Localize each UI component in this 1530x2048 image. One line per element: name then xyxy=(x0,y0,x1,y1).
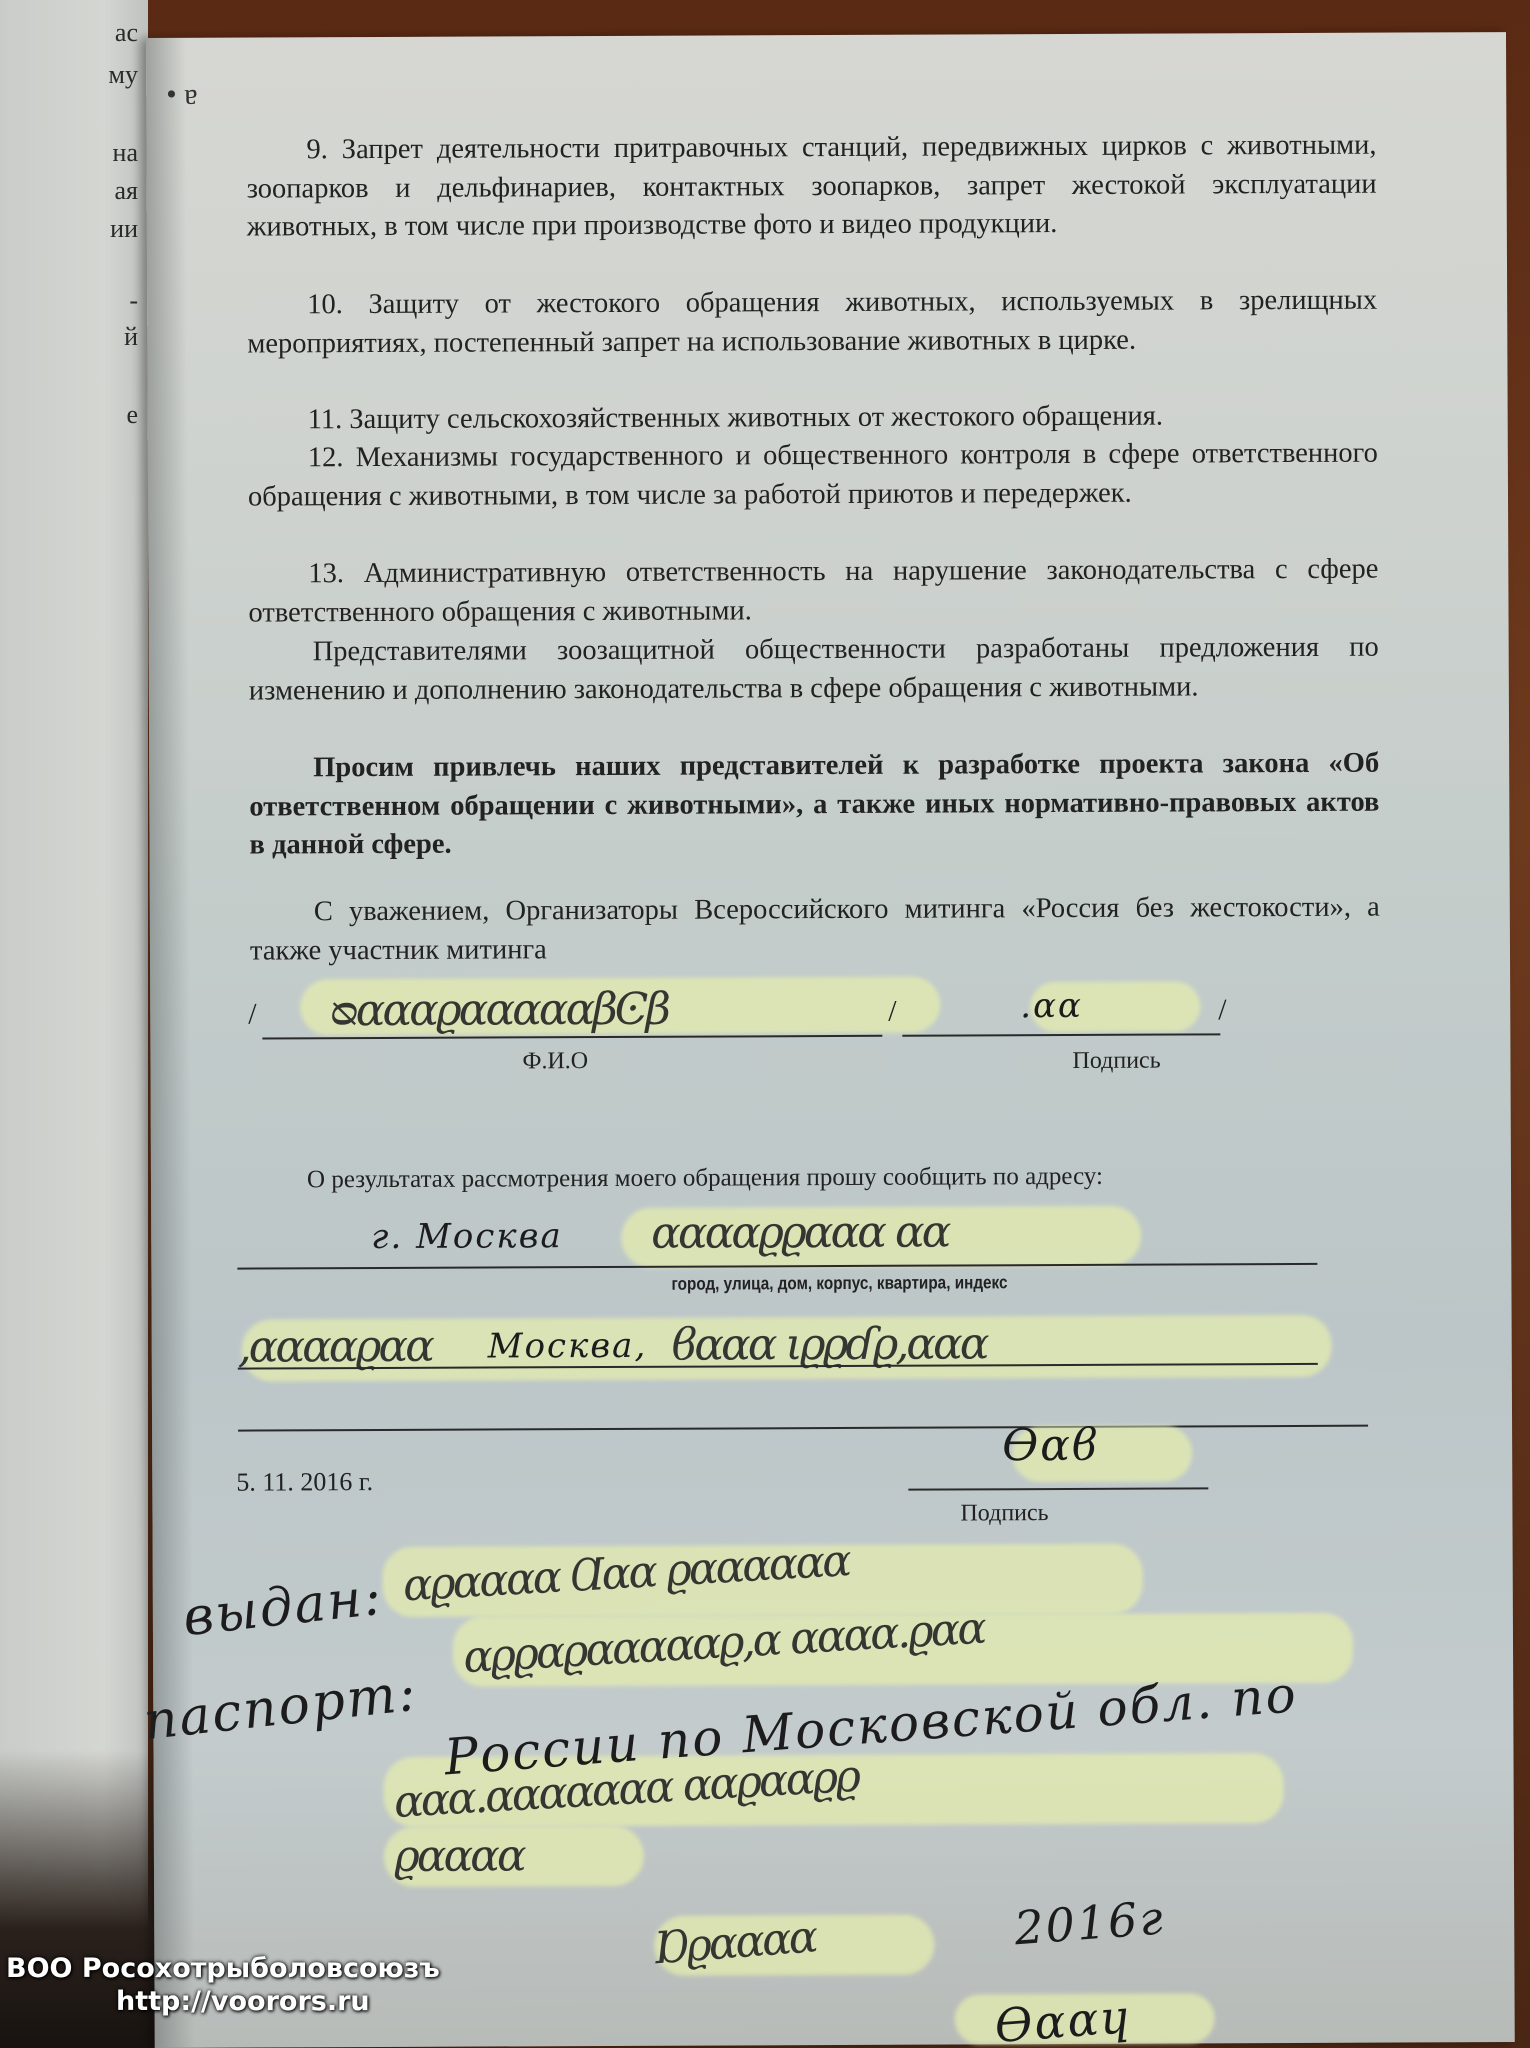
separator-slash: / xyxy=(1218,993,1226,1027)
left-adjacent-page: ас му на ая ии - й е xyxy=(0,0,148,2048)
left-page-fragment: ии xyxy=(110,214,138,244)
item-number: 10. xyxy=(307,289,343,320)
address-line2-city: Москва, xyxy=(488,1326,648,1367)
corner-pen-mark: • ɐ xyxy=(166,78,197,112)
left-page-fragment: ая xyxy=(115,176,139,206)
bottom-signature-label: Подпись xyxy=(960,1500,1048,1527)
item-9: 9. Запрет деятельности притравочных стан… xyxy=(246,127,1376,247)
item-number: 12. xyxy=(308,442,344,473)
signature-line xyxy=(902,1033,1220,1036)
watermark: ВОО Росохотрыболовсоюзъ http://voorors.r… xyxy=(6,1952,440,2018)
item-text: Защиту сельскохозяйственных животных от … xyxy=(349,401,1163,436)
item-number: 13. xyxy=(308,558,344,589)
watermark-org: ВОО Росохотрыболовсоюзъ xyxy=(6,1953,440,1984)
address-line-3 xyxy=(238,1425,1368,1432)
bottom-signature-line xyxy=(908,1487,1208,1490)
address-line2-redacted: ϐɑɑɑ ιϱϱɗϱ,ɑɑɑ xyxy=(672,1318,987,1370)
left-page-fragment: - xyxy=(129,286,138,316)
proposal-paragraph: Представителями зоозащитной общественнос… xyxy=(249,629,1379,711)
top-signature: .ɑɑ xyxy=(1020,986,1083,1026)
item-text: Механизмы государственного и общественно… xyxy=(248,438,1378,512)
note-line4-redacted: ϱɑɑɑɑ xyxy=(394,1830,524,1882)
item-text: Защиту от жестокого обращения животных, … xyxy=(247,285,1377,359)
address-prompt: О результатах рассмотрения моего обращен… xyxy=(307,1157,1407,1200)
left-page-fragment: ас xyxy=(115,18,138,48)
item-12: 12. Механизмы государственного и обществ… xyxy=(248,435,1378,517)
separator-slash: / xyxy=(248,998,256,1032)
document-page: • ɐ 9. Запрет деятельности притравочных … xyxy=(146,32,1515,2048)
item-number: 11. xyxy=(308,404,343,435)
separator-slash: / xyxy=(888,995,896,1029)
note-label-issued: выдан: xyxy=(180,1567,386,1648)
closing-paragraph: С уважением, Организаторы Всероссийского… xyxy=(250,889,1380,971)
final-signature: ϴɑɑɥ xyxy=(993,1989,1134,2048)
address-redacted: ɑɑɑɑϱϱɑɑɑ ɑɑ xyxy=(651,1207,948,1259)
address-line2-redacted: ,ɑɑɑɑϱɑɑ xyxy=(238,1321,432,1373)
address-caption: город, улица, дом, корпус, квартира, инд… xyxy=(671,1272,1007,1294)
item-text: Административную ответственность на нару… xyxy=(248,554,1378,628)
fio-handwriting: ᴓɑɑɑϱɑɑɑɑɑβϾβ xyxy=(330,984,668,1036)
left-page-fragment: е xyxy=(126,400,138,430)
watermark-url: http://voorors.ru xyxy=(6,1985,440,2018)
document-date: 5. 11. 2016 г. xyxy=(236,1463,373,1502)
fio-label: Ф.И.О xyxy=(522,1048,588,1075)
request-paragraph: Просим привлечь наших представителей к р… xyxy=(249,745,1379,865)
bottom-signature: ϴɑϐ xyxy=(1002,1420,1100,1471)
left-page-fragment: й xyxy=(124,322,138,352)
item-number: 9. xyxy=(306,134,328,165)
item-10: 10. Защиту от жестокого обращения животн… xyxy=(247,282,1377,364)
item-13: 13. Административную ответственность на … xyxy=(248,551,1378,633)
item-11: 11. Защиту сельскохозяйственных животных… xyxy=(248,397,1378,440)
address-city-handwriting: г. Москва xyxy=(371,1216,563,1257)
left-page-fragment: му xyxy=(109,60,138,90)
left-page-fragment: на xyxy=(113,138,138,168)
signature-label: Подпись xyxy=(1072,1048,1160,1075)
handwritten-year: 2016г xyxy=(1012,1890,1166,1955)
item-text: Запрет деятельности притравочных станций… xyxy=(247,130,1377,243)
